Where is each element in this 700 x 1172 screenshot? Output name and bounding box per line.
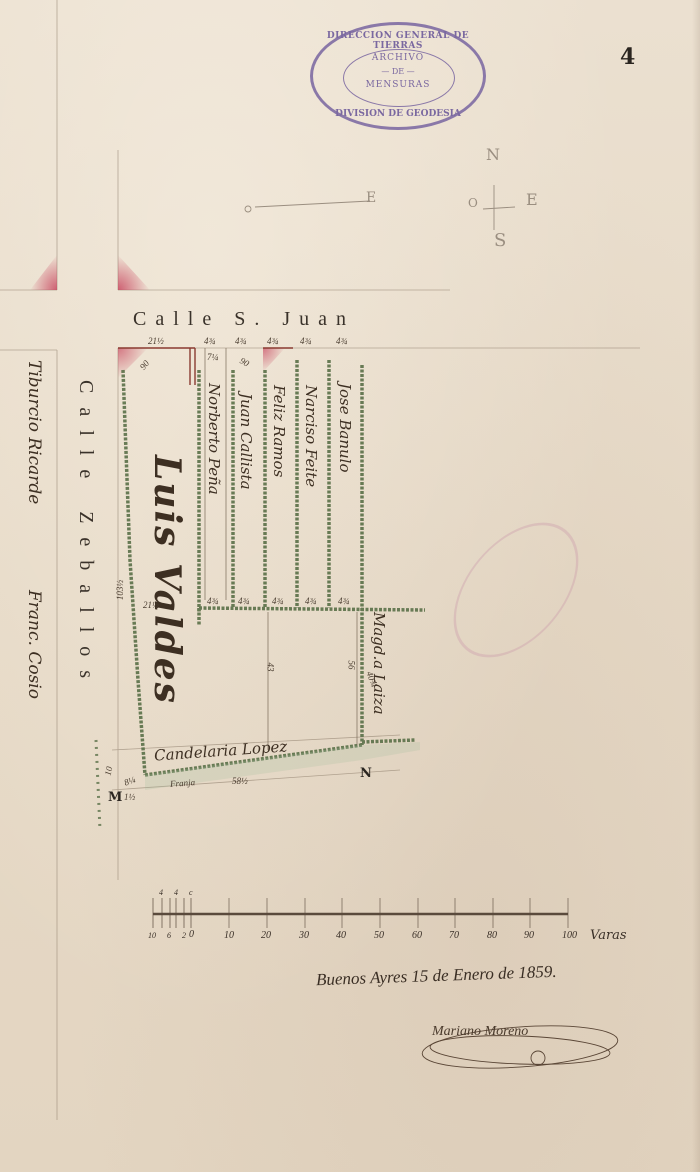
red-corner-wash	[30, 255, 57, 290]
measure-east-side: 56	[347, 661, 357, 670]
measure-top-2: 4¾	[235, 336, 246, 346]
signature: Mariano Moreno	[432, 1024, 528, 1040]
lot-owner-jose-banulo: Jose Banulo	[336, 383, 354, 473]
measure-sw-a: 10	[103, 766, 114, 777]
lot-owner-narciso-feite: Narciso Feite	[302, 385, 320, 487]
lot-owner-juan-callista: Juan Callista	[237, 393, 255, 490]
compass-south-label: S	[494, 230, 506, 251]
scale-tick-20: 20	[261, 930, 271, 941]
corner-m-label: M	[108, 790, 122, 805]
scale-small-top-2: c	[189, 888, 193, 897]
stamp-bottom-text: DIVISION DE GEODESIA	[313, 109, 483, 119]
scale-tick-40: 40	[336, 930, 346, 941]
compass-west-label: O	[468, 196, 478, 210]
stamp-line-3: MENSURAS	[313, 80, 483, 90]
scale-tick-70: 70	[449, 930, 459, 941]
measure-mid-4: 4¾	[305, 596, 316, 606]
corner-n-label: N	[360, 766, 372, 781]
measure-mid-1: 4¾	[207, 596, 218, 606]
scale-small-top-0: 4	[159, 888, 163, 897]
measure-top-5: 4¾	[336, 336, 347, 346]
franja-label: Franja	[170, 777, 196, 789]
red-corner-wash	[118, 255, 150, 290]
measure-mid-0: 21½	[143, 600, 159, 610]
scale-tick-80: 80	[487, 930, 497, 941]
neighbor-east: Magd.a Laiza	[370, 612, 388, 715]
scale-small-bottom-3: 0	[189, 929, 194, 940]
lot-owner-feliz-ramos: Feliz Ramos	[270, 385, 288, 477]
measure-sw-c: 1½	[124, 792, 135, 802]
scale-tick-90: 90	[524, 930, 534, 941]
scale-small-bottom-2: 2	[182, 931, 186, 940]
street-label-san-juan: Calle S. Juan	[133, 308, 355, 331]
scale-unit: Varas	[590, 928, 627, 943]
compass-north-label: N	[486, 145, 500, 164]
scale-small-bottom-0: 10	[148, 931, 156, 940]
scale-tick-100: 100	[562, 930, 577, 941]
stamp-line-1: ARCHIVO	[313, 53, 483, 63]
archive-stamp: DIRECCION GENERAL DE TIERRAS ARCHIVO — D…	[310, 22, 486, 130]
compass-east-label: E	[366, 190, 376, 206]
scale-small-top-1: 4	[174, 888, 178, 897]
measure-bottom: 58½	[232, 776, 248, 786]
scale-tick-60: 60	[412, 930, 422, 941]
survey-drawing	[0, 0, 700, 1172]
measure-mid-depth: 43	[266, 663, 276, 672]
stamp-top-text: DIRECCION GENERAL DE TIERRAS	[313, 31, 483, 51]
measure-mid-3: 4¾	[272, 596, 283, 606]
page-number: 4	[620, 44, 635, 70]
scale-small-bottom-1: 6	[167, 931, 171, 940]
neighbor-west-1: Tiburcio Ricarde	[24, 360, 44, 504]
measure-top-4: 4¾	[300, 336, 311, 346]
measure-mid-5: 4¾	[338, 596, 349, 606]
scale-tick-50: 50	[374, 930, 384, 941]
measure-mid-2: 4¾	[238, 596, 249, 606]
lot-owner-luis-valdes: Luis Valdes	[146, 455, 188, 705]
neighbor-west-2: Franc. Cosio	[24, 590, 44, 699]
stamp-line-2: — DE —	[313, 67, 483, 76]
scale-tick-30: 30	[299, 930, 309, 941]
street-label-zeballos: Calle Zeballos	[74, 380, 97, 692]
lot-owner-norberto-pena: Norberto Peña	[205, 383, 223, 495]
compass-east-label-2: E	[526, 190, 538, 209]
measure-top-small: 7¼	[207, 352, 218, 362]
measure-west-side: 103½	[115, 580, 125, 600]
scale-tick-10: 10	[224, 930, 234, 941]
measure-top-1: 4¾	[204, 336, 215, 346]
measure-top-0: 21½	[148, 336, 164, 346]
measure-top-3: 4¾	[267, 336, 278, 346]
